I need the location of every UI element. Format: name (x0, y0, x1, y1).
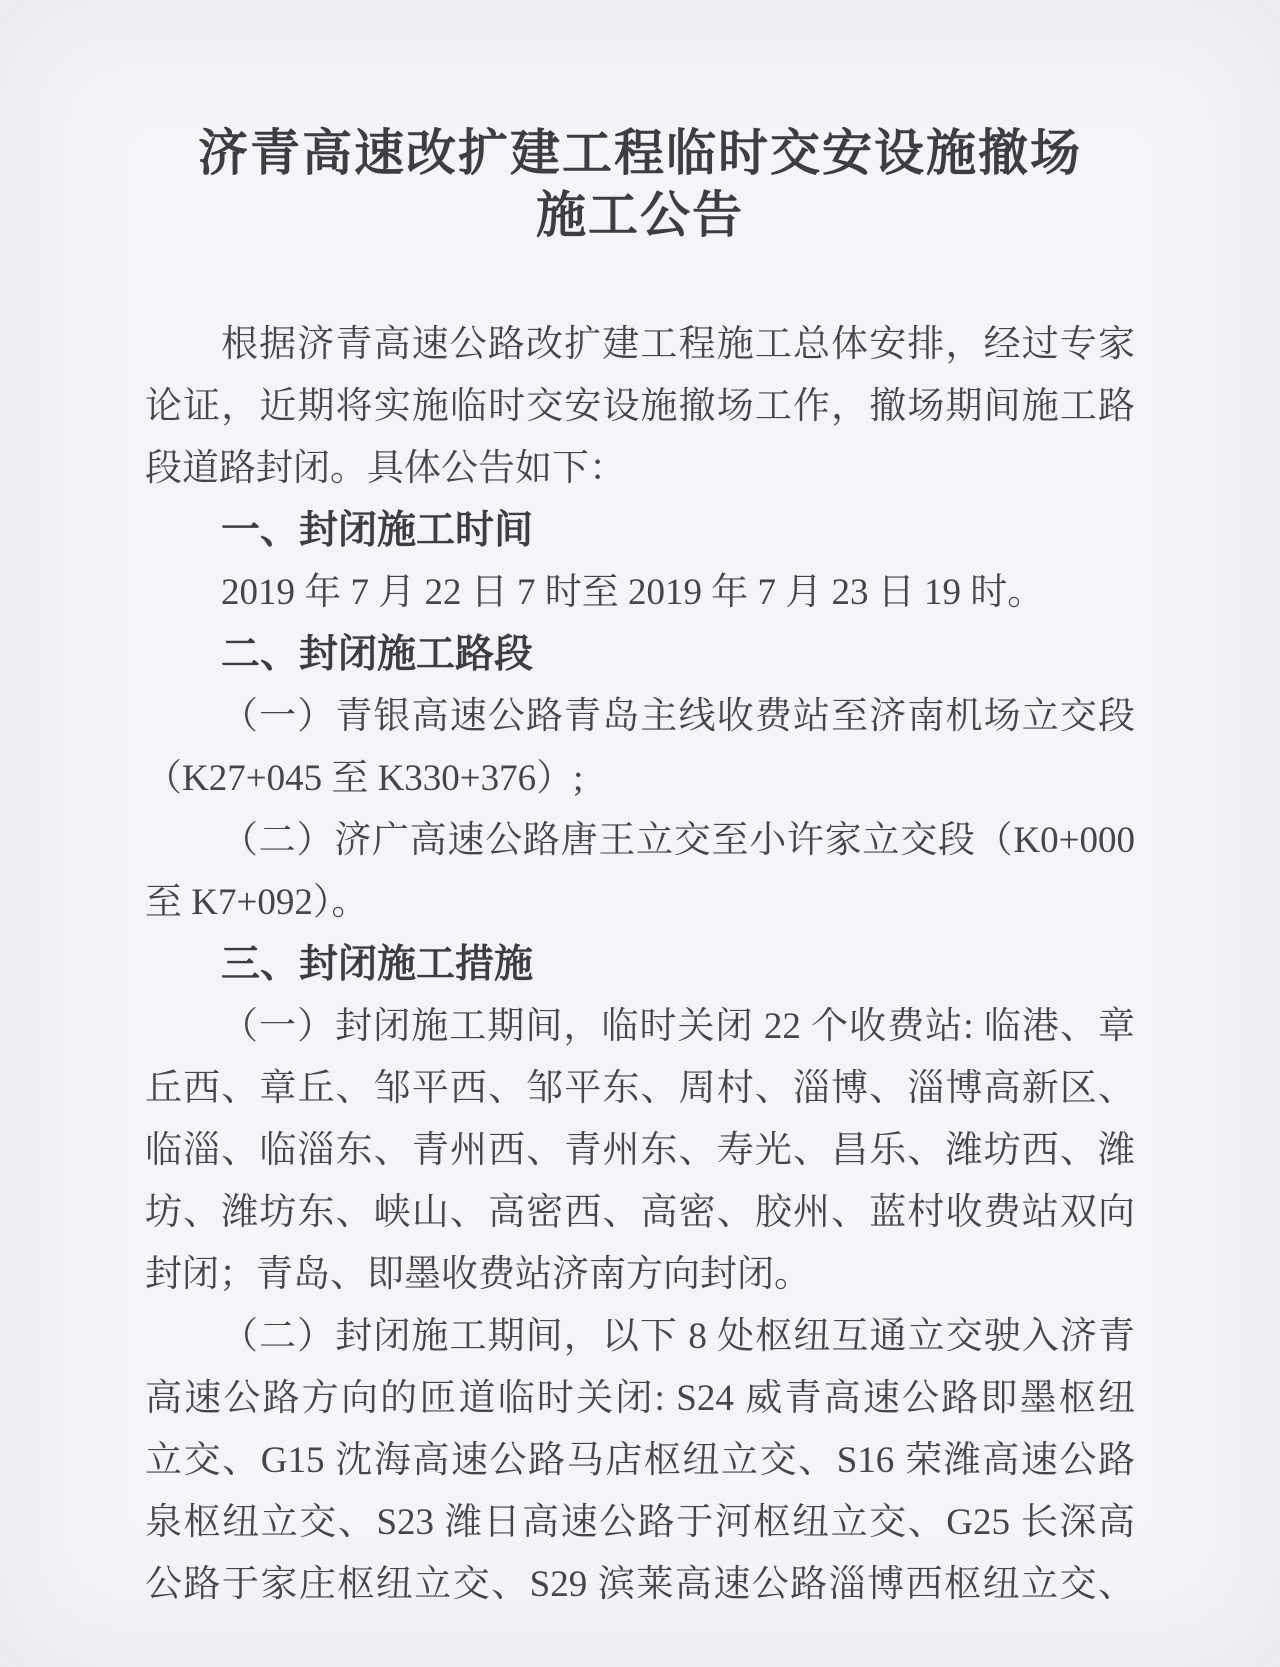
text-line: （一）封闭施工期间，临时关闭 22 个收费站: 临港、章 (145, 996, 1135, 1058)
text-line: 封闭；青岛、即墨收费站济南方向封闭。 (145, 1244, 1135, 1306)
section-heading-line: 一、封闭施工时间 (145, 500, 1135, 562)
text-line: 论证，近期将实施临时交安设施撤场工作，撤场期间施工路 (145, 376, 1135, 438)
section-heading-line: 三、封闭施工措施 (145, 934, 1135, 996)
text-line: 丘西、章丘、邹平西、邹平东、周村、淄博、淄博高新区、 (145, 1058, 1135, 1120)
text-line: 段道路封闭。具体公告如下： (145, 438, 1135, 500)
title-line-1: 济青高速改扩建工程临时交安设施撤场 (145, 122, 1135, 184)
text-line: 根据济青高速公路改扩建工程施工总体安排，经过专家 (145, 314, 1135, 376)
text-line: （一）青银高速公路青岛主线收费站至济南机场立交段 (145, 686, 1135, 748)
text-line: （二）济广高速公路唐王立交至小许家立交段（K0+000 (145, 810, 1135, 872)
text-line: 高速公路方向的匝道临时关闭: S24 威青高速公路即墨枢纽 (145, 1368, 1135, 1430)
document-page: 济青高速改扩建工程临时交安设施撤场 施工公告 根据济青高速公路改扩建工程施工总体… (0, 0, 1280, 1667)
document-title: 济青高速改扩建工程临时交安设施撤场 施工公告 (145, 122, 1135, 246)
document-body: 根据济青高速公路改扩建工程施工总体安排，经过专家论证，近期将实施临时交安设施撤场… (145, 314, 1135, 1616)
text-line: （二）封闭施工期间，以下 8 处枢纽互通立交驶入济青 (145, 1306, 1135, 1368)
text-line: 公路于家庄枢纽立交、S29 滨莱高速公路淄博西枢纽立交、 (145, 1554, 1135, 1616)
text-line: 临淄、临淄东、青州西、青州东、寿光、昌乐、潍坊西、潍 (145, 1120, 1135, 1182)
text-line: 至 K7+092）。 (145, 872, 1135, 934)
title-line-2: 施工公告 (145, 184, 1135, 246)
text-line: 2019 年 7 月 22 日 7 时至 2019 年 7 月 23 日 19 … (145, 562, 1135, 624)
announcement-document: 济青高速改扩建工程临时交安设施撤场 施工公告 根据济青高速公路改扩建工程施工总体… (145, 0, 1135, 1616)
text-line: 立交、G15 沈海高速公路马店枢纽立交、S16 荣潍高速公路涌 (145, 1430, 1135, 1492)
text-line: （K27+045 至 K330+376）; (145, 748, 1135, 810)
section-heading-line: 二、封闭施工路段 (145, 624, 1135, 686)
text-line: 泉枢纽立交、S23 潍日高速公路于河枢纽立交、G25 长深高速 (145, 1492, 1135, 1554)
text-line: 坊、潍坊东、峡山、高密西、高密、胶州、蓝村收费站双向 (145, 1182, 1135, 1244)
